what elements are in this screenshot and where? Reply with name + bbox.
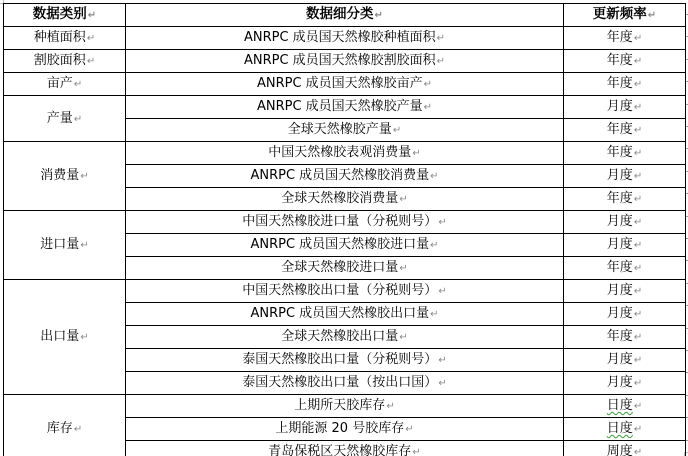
paragraph-mark-icon: ↵ bbox=[87, 33, 95, 44]
paragraph-mark-icon: ↵ bbox=[424, 79, 432, 90]
paragraph-mark-icon: ↵ bbox=[634, 56, 642, 67]
category-cell: 产量↵ bbox=[4, 96, 126, 142]
paragraph-mark-icon: ↵ bbox=[393, 125, 401, 136]
document-page: 数据类别↵ 数据细分类↵ 更新频率↵ 种植面积↵ANRPC 成员国天然橡胶种植面… bbox=[0, 0, 688, 456]
frequency-cell: 月度↵ bbox=[564, 165, 686, 188]
subcategory-cell: ANRPC 成员国天然橡胶出口量↵ bbox=[126, 303, 564, 326]
frequency-cell: 年度↵ bbox=[564, 257, 686, 280]
table-row: 亩产↵ANRPC 成员国天然橡胶亩产↵年度↵ bbox=[4, 73, 686, 96]
frequency-cell: 周度↵ bbox=[564, 441, 686, 456]
frequency-cell: 年度↵ bbox=[564, 119, 686, 142]
paragraph-mark-icon: ↵ bbox=[424, 102, 432, 113]
subcategory-cell: ANRPC 成员国天然橡胶消费量↵ bbox=[126, 165, 564, 188]
header-category-label: 数据类别 bbox=[33, 6, 87, 22]
subcategory-label: 泰国天然橡胶出口量（按出口国） bbox=[242, 375, 437, 390]
paragraph-mark-icon: ↵ bbox=[634, 33, 642, 44]
category-label: 产量 bbox=[47, 111, 73, 126]
subcategory-cell: 全球天然橡胶进口量↵ bbox=[126, 257, 564, 280]
frequency-cell: 月度↵ bbox=[564, 372, 686, 395]
subcategory-cell: 全球天然橡胶产量↵ bbox=[126, 119, 564, 142]
frequency-label: 日度 bbox=[607, 398, 633, 413]
subcategory-label: ANRPC 成员国天然橡胶消费量 bbox=[250, 168, 429, 183]
category-label: 库存 bbox=[47, 421, 73, 436]
subcategory-label: ANRPC 成员国天然橡胶割胶面积 bbox=[244, 53, 436, 68]
paragraph-mark-icon: ↵ bbox=[634, 125, 642, 136]
table-row: 产量↵ANRPC 成员国天然橡胶产量↵月度↵ bbox=[4, 96, 686, 119]
subcategory-cell: ANRPC 成员国天然橡胶种植面积↵ bbox=[126, 27, 564, 50]
paragraph-mark-icon: ↵ bbox=[438, 217, 446, 228]
table-body: 种植面积↵ANRPC 成员国天然橡胶种植面积↵年度↵割胶面积↵ANRPC 成员国… bbox=[4, 27, 686, 456]
category-cell: 割胶面积↵ bbox=[4, 50, 126, 73]
category-label: 种植面积 bbox=[34, 30, 86, 45]
subcategory-cell: 全球天然橡胶消费量↵ bbox=[126, 188, 564, 211]
subcategory-cell: 上期所天胶库存↵ bbox=[126, 395, 564, 418]
table-row: 进口量↵中国天然橡胶进口量（分税则号）↵月度↵ bbox=[4, 211, 686, 234]
subcategory-cell: 青岛保税区天然橡胶库存↵ bbox=[126, 441, 564, 456]
frequency-label: 月度 bbox=[607, 99, 633, 114]
frequency-label: 日度 bbox=[607, 421, 633, 436]
paragraph-mark-icon: ↵ bbox=[634, 102, 642, 113]
frequency-label: 年度 bbox=[607, 191, 633, 206]
paragraph-mark-icon: ↵ bbox=[399, 194, 407, 205]
frequency-label: 年度 bbox=[607, 76, 633, 91]
subcategory-cell: ANRPC 成员国天然橡胶进口量↵ bbox=[126, 234, 564, 257]
paragraph-mark-icon: ↵ bbox=[634, 148, 642, 159]
paragraph-mark-icon: ↵ bbox=[399, 263, 407, 274]
frequency-label: 月度 bbox=[607, 237, 633, 252]
subcategory-cell: 中国天然橡胶进口量（分税则号）↵ bbox=[126, 211, 564, 234]
frequency-cell: 年度↵ bbox=[564, 188, 686, 211]
category-label: 割胶面积 bbox=[34, 53, 86, 68]
paragraph-mark-icon: ↵ bbox=[74, 424, 82, 435]
frequency-cell: 年度↵ bbox=[564, 73, 686, 96]
paragraph-mark-icon: ↵ bbox=[634, 447, 642, 456]
category-label: 亩产 bbox=[47, 76, 73, 91]
paragraph-mark-icon: ↵ bbox=[634, 355, 642, 366]
paragraph-mark-icon: ↵ bbox=[412, 148, 420, 159]
subcategory-cell: 中国天然橡胶出口量（分税则号）↵ bbox=[126, 280, 564, 303]
frequency-label: 年度 bbox=[607, 260, 633, 275]
subcategory-label: ANRPC 成员国天然橡胶亩产 bbox=[257, 76, 423, 91]
frequency-label: 月度 bbox=[607, 214, 633, 229]
frequency-cell: 日度↵ bbox=[564, 395, 686, 418]
paragraph-mark-icon: ↵ bbox=[375, 10, 383, 21]
frequency-cell: 月度↵ bbox=[564, 96, 686, 119]
frequency-label: 月度 bbox=[607, 168, 633, 183]
frequency-label: 月度 bbox=[607, 352, 633, 367]
frequency-label: 周度 bbox=[607, 444, 633, 456]
subcategory-label: ANRPC 成员国天然橡胶种植面积 bbox=[244, 30, 436, 45]
paragraph-mark-icon: ↵ bbox=[437, 33, 445, 44]
subcategory-cell: 泰国天然橡胶出口量（按出口国）↵ bbox=[126, 372, 564, 395]
paragraph-mark-icon: ↵ bbox=[430, 171, 438, 182]
subcategory-label: 中国天然橡胶进口量（分税则号） bbox=[242, 214, 437, 229]
paragraph-mark-icon: ↵ bbox=[80, 332, 88, 343]
frequency-label: 年度 bbox=[607, 122, 633, 137]
paragraph-mark-icon: ↵ bbox=[634, 194, 642, 205]
frequency-cell: 月度↵ bbox=[564, 280, 686, 303]
paragraph-mark-icon: ↵ bbox=[430, 309, 438, 320]
paragraph-mark-icon: ↵ bbox=[74, 79, 82, 90]
category-label: 消费量 bbox=[40, 168, 79, 183]
paragraph-mark-icon: ↵ bbox=[634, 401, 642, 412]
paragraph-mark-icon: ↵ bbox=[438, 286, 446, 297]
data-catalog-table: 数据类别↵ 数据细分类↵ 更新频率↵ 种植面积↵ANRPC 成员国天然橡胶种植面… bbox=[3, 3, 686, 456]
subcategory-cell: ANRPC 成员国天然橡胶产量↵ bbox=[126, 96, 564, 119]
category-cell: 库存↵ bbox=[4, 395, 126, 456]
category-cell: 进口量↵ bbox=[4, 211, 126, 280]
subcategory-cell: 泰国天然橡胶出口量（分税则号）↵ bbox=[126, 349, 564, 372]
header-row: 数据类别↵ 数据细分类↵ 更新频率↵ bbox=[4, 4, 686, 27]
header-subcategory-label: 数据细分类 bbox=[306, 6, 374, 22]
category-cell: 种植面积↵ bbox=[4, 27, 126, 50]
frequency-label: 年度 bbox=[607, 145, 633, 160]
paragraph-mark-icon: ↵ bbox=[634, 171, 642, 182]
frequency-cell: 年度↵ bbox=[564, 50, 686, 73]
frequency-cell: 月度↵ bbox=[564, 349, 686, 372]
paragraph-mark-icon: ↵ bbox=[412, 447, 420, 456]
subcategory-label: ANRPC 成员国天然橡胶产量 bbox=[257, 99, 423, 114]
paragraph-mark-icon: ↵ bbox=[88, 10, 96, 21]
frequency-label: 月度 bbox=[607, 283, 633, 298]
subcategory-label: 全球天然橡胶出口量 bbox=[281, 329, 398, 344]
frequency-cell: 月度↵ bbox=[564, 234, 686, 257]
subcategory-label: 全球天然橡胶进口量 bbox=[281, 260, 398, 275]
subcategory-label: 泰国天然橡胶出口量（分税则号） bbox=[242, 352, 437, 367]
paragraph-mark-icon: ↵ bbox=[399, 332, 407, 343]
table-row: 库存↵上期所天胶库存↵日度↵ bbox=[4, 395, 686, 418]
paragraph-mark-icon: ↵ bbox=[437, 56, 445, 67]
category-cell: 出口量↵ bbox=[4, 280, 126, 395]
paragraph-mark-icon: ↵ bbox=[438, 378, 446, 389]
paragraph-mark-icon: ↵ bbox=[634, 378, 642, 389]
subcategory-label: 全球天然橡胶消费量 bbox=[281, 191, 398, 206]
paragraph-mark-icon: ↵ bbox=[74, 114, 82, 125]
paragraph-mark-icon: ↵ bbox=[634, 309, 642, 320]
paragraph-mark-icon: ↵ bbox=[634, 217, 642, 228]
category-cell: 消费量↵ bbox=[4, 142, 126, 211]
subcategory-label: 青岛保税区天然橡胶库存 bbox=[268, 444, 411, 456]
frequency-cell: 日度↵ bbox=[564, 418, 686, 441]
subcategory-label: 中国天然橡胶表观消费量 bbox=[268, 145, 411, 160]
subcategory-label: ANRPC 成员国天然橡胶出口量 bbox=[250, 306, 429, 321]
paragraph-mark-icon: ↵ bbox=[430, 240, 438, 251]
subcategory-cell: 中国天然橡胶表观消费量↵ bbox=[126, 142, 564, 165]
paragraph-mark-icon: ↵ bbox=[87, 56, 95, 67]
header-category: 数据类别↵ bbox=[4, 4, 126, 27]
subcategory-label: 上期所天胶库存 bbox=[294, 398, 385, 413]
subcategory-label: ANRPC 成员国天然橡胶进口量 bbox=[250, 237, 429, 252]
table-row: 出口量↵中国天然橡胶出口量（分税则号）↵月度↵ bbox=[4, 280, 686, 303]
paragraph-mark-icon: ↵ bbox=[634, 332, 642, 343]
paragraph-mark-icon: ↵ bbox=[405, 424, 413, 435]
subcategory-cell: 上期能源 20 号胶库存↵ bbox=[126, 418, 564, 441]
frequency-cell: 年度↵ bbox=[564, 326, 686, 349]
category-label: 出口量 bbox=[40, 329, 79, 344]
subcategory-cell: 全球天然橡胶出口量↵ bbox=[126, 326, 564, 349]
header-frequency: 更新频率↵ bbox=[564, 4, 686, 27]
frequency-label: 月度 bbox=[607, 375, 633, 390]
subcategory-label: 全球天然橡胶产量 bbox=[288, 122, 392, 137]
header-subcategory: 数据细分类↵ bbox=[126, 4, 564, 27]
paragraph-mark-icon: ↵ bbox=[634, 424, 642, 435]
paragraph-mark-icon: ↵ bbox=[648, 10, 656, 21]
subcategory-label: 上期能源 20 号胶库存 bbox=[275, 421, 404, 436]
paragraph-mark-icon: ↵ bbox=[634, 263, 642, 274]
paragraph-mark-icon: ↵ bbox=[80, 171, 88, 182]
subcategory-cell: ANRPC 成员国天然橡胶割胶面积↵ bbox=[126, 50, 564, 73]
frequency-cell: 年度↵ bbox=[564, 27, 686, 50]
paragraph-mark-icon: ↵ bbox=[80, 240, 88, 251]
table-row: 割胶面积↵ANRPC 成员国天然橡胶割胶面积↵年度↵ bbox=[4, 50, 686, 73]
table-row: 消费量↵中国天然橡胶表观消费量↵年度↵ bbox=[4, 142, 686, 165]
subcategory-cell: ANRPC 成员国天然橡胶亩产↵ bbox=[126, 73, 564, 96]
category-label: 进口量 bbox=[40, 237, 79, 252]
frequency-cell: 年度↵ bbox=[564, 142, 686, 165]
header-frequency-label: 更新频率 bbox=[593, 6, 647, 22]
paragraph-mark-icon: ↵ bbox=[386, 401, 394, 412]
frequency-cell: 月度↵ bbox=[564, 303, 686, 326]
frequency-cell: 月度↵ bbox=[564, 211, 686, 234]
paragraph-mark-icon: ↵ bbox=[634, 240, 642, 251]
table-row: 种植面积↵ANRPC 成员国天然橡胶种植面积↵年度↵ bbox=[4, 27, 686, 50]
frequency-label: 年度 bbox=[607, 53, 633, 68]
frequency-label: 月度 bbox=[607, 306, 633, 321]
category-cell: 亩产↵ bbox=[4, 73, 126, 96]
paragraph-mark-icon: ↵ bbox=[634, 286, 642, 297]
subcategory-label: 中国天然橡胶出口量（分税则号） bbox=[242, 283, 437, 298]
frequency-label: 年度 bbox=[607, 30, 633, 45]
frequency-label: 年度 bbox=[607, 329, 633, 344]
paragraph-mark-icon: ↵ bbox=[438, 355, 446, 366]
paragraph-mark-icon: ↵ bbox=[634, 79, 642, 90]
